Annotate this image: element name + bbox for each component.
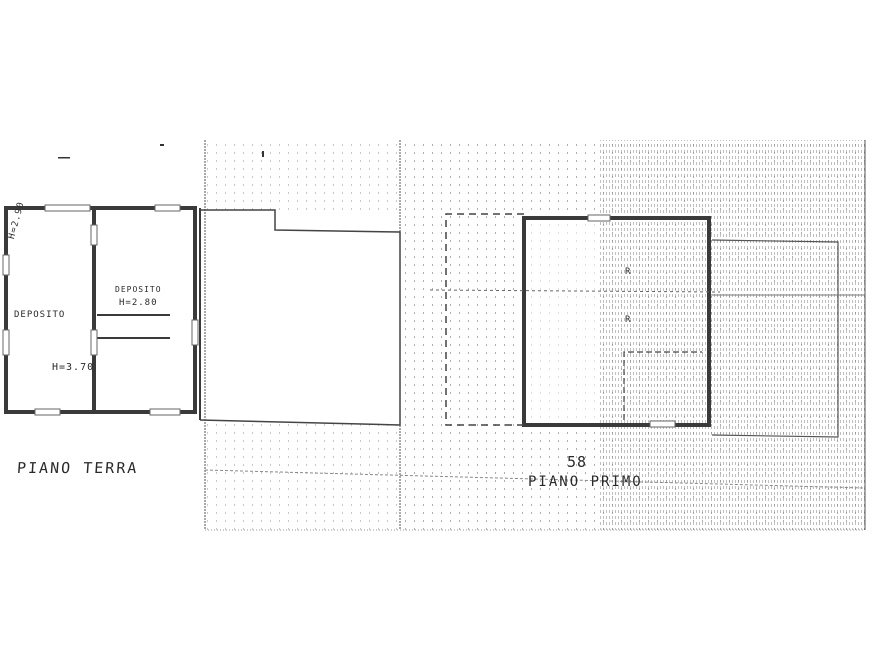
first-floor-marker-1: R — [625, 268, 631, 277]
room-label-deposito-1: DEPOSITO — [14, 311, 65, 320]
floor-plan-drawing — [0, 0, 893, 670]
room-height-label-1: H=3.70 — [52, 363, 94, 373]
ground-floor-title: PIANO TERRA — [16, 461, 138, 476]
first-floor-title: PIANO PRIMO — [528, 475, 643, 489]
room-label-deposito-2: DEPOSITO — [115, 286, 162, 294]
floor-plan-sheet: H=2.90 DEPOSITO H=3.70 DEPOSITO H=2.80 P… — [0, 0, 893, 670]
scan-texture — [205, 140, 865, 530]
first-floor-marker-2: R — [625, 316, 631, 325]
sheet-number: 58 — [567, 455, 587, 470]
room-height-label-2: H=2.80 — [119, 299, 158, 308]
